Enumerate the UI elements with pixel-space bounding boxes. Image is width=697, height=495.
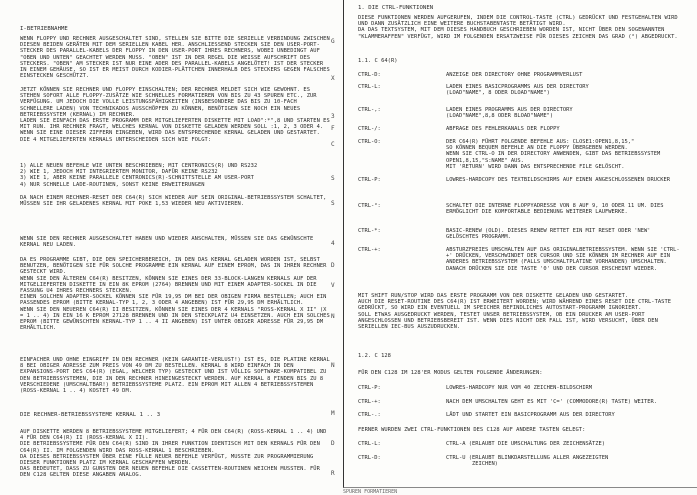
right-sub-c128: 1.2. C 128 [358, 353, 678, 359]
ctrl-key: CTRL-*: [358, 228, 438, 234]
left-paragraph-kernal-list: 1) Alle neuen Befehle wie unten beschrie… [20, 163, 330, 188]
left-paragraph-eprom: Da es Programme gibt, die den Speicherbe… [20, 257, 330, 331]
ctrl-key: CTRL-L: [358, 84, 438, 90]
right-c128-intro: Für den C128 im 128'er Modus gelten folg… [358, 370, 678, 376]
ctrl-desc: Der C64(R) führt folgende Befehle aus: C… [446, 139, 684, 170]
right-page-title: 1. Die CTRL-Funktionen [358, 5, 678, 11]
ctrl-desc: CTRL-U (erlaubt Blinkdarstellung aller a… [446, 455, 684, 467]
ctrl-desc: Laden eines Programms aus der Directory … [446, 107, 684, 119]
ctrl-key: CTRL-+: [358, 247, 438, 253]
ctrl-desc: Laden eines Basicprogramms aus der Direc… [446, 84, 684, 96]
underlying-page-edge: GX3 FCS S4D VNN MDR [331, 0, 343, 495]
ctrl-desc: Lädt und startet ein Basicprogramm aus d… [446, 412, 684, 418]
ctrl-desc: CTRL-A (erlaubt die Umschaltung der Zeic… [446, 441, 684, 447]
ctrl-key: CTRL-.: [358, 412, 438, 418]
underlying-page-footer: Spuren formatieren [343, 489, 397, 495]
left-paragraph-reset: Da nach einem Rechner-Reset der C64(R) s… [20, 195, 330, 207]
ctrl-desc: Absturzfreies Umschalten auf das Origina… [446, 247, 684, 272]
ctrl-desc: Nach dem Umschalten geht es mit 'C=' (Co… [446, 399, 684, 405]
ctrl-desc: Abfrage des Fehlerkanals der Floppy [446, 126, 684, 132]
ctrl-key: CTRL-,: [358, 107, 438, 113]
right-after-c64: Mit SHIFT RUN/STOP wird das erste Progra… [358, 293, 678, 330]
ctrl-desc: LowRes-Hardcopy NUR vom 40 Zeichen-Bilds… [446, 385, 684, 391]
left-paragraph-1: Wenn Floppy und Rechner ausgeschaltet si… [20, 36, 330, 79]
ctrl-key: CTRL-D: [358, 72, 438, 78]
ctrl-key: CTRL-L: [358, 441, 438, 447]
ctrl-key: CTRL-/: [358, 126, 438, 132]
left-page-title: I-Betriebnahme [20, 26, 330, 32]
ctrl-desc: Anzeige der Directory ohne Programmverlu… [446, 72, 684, 78]
ctrl-key: CTRL-D: [358, 455, 438, 461]
right-intro: Diese Funktionen werden aufgerufen, inde… [358, 15, 678, 40]
ctrl-key: CTRL-+: [358, 399, 438, 405]
left-section2-text: Auf Diskette werden 8 Betriebssysteme mi… [20, 429, 330, 479]
right-sub-c64: 1.1. C 64(R) [358, 58, 678, 64]
left-section2-title: Die Rechner-Betriebssysteme KERNAL 1 .. … [20, 412, 330, 418]
ctrl-desc: LowRes-Hardcopy des Textbildschirms auf … [446, 177, 684, 183]
right-c128-moved: Ferner wurden zwei CTRL-Funktionen des C… [358, 427, 678, 433]
left-paragraph-reload: Wenn Sie den Rechner ausgeschaltet haben… [20, 236, 330, 248]
ctrl-key: CTRL-O: [358, 139, 438, 145]
ctrl-key: CTRL-P: [358, 177, 438, 183]
left-paragraph-2: Jetzt können Sie Rechner und Floppy eins… [20, 87, 330, 143]
left-paragraph-kernal8: Einfacher und ohne Eingriff in den Rechn… [20, 357, 330, 394]
ctrl-key: CTRL-°: [358, 203, 438, 209]
ctrl-key: CTRL-P: [358, 385, 438, 391]
ctrl-desc: Schaltet die interne Floppyadresse von 8… [446, 203, 684, 215]
ctrl-desc: Basic-Renew (OLD). Dieses Renew rettet e… [446, 228, 684, 240]
